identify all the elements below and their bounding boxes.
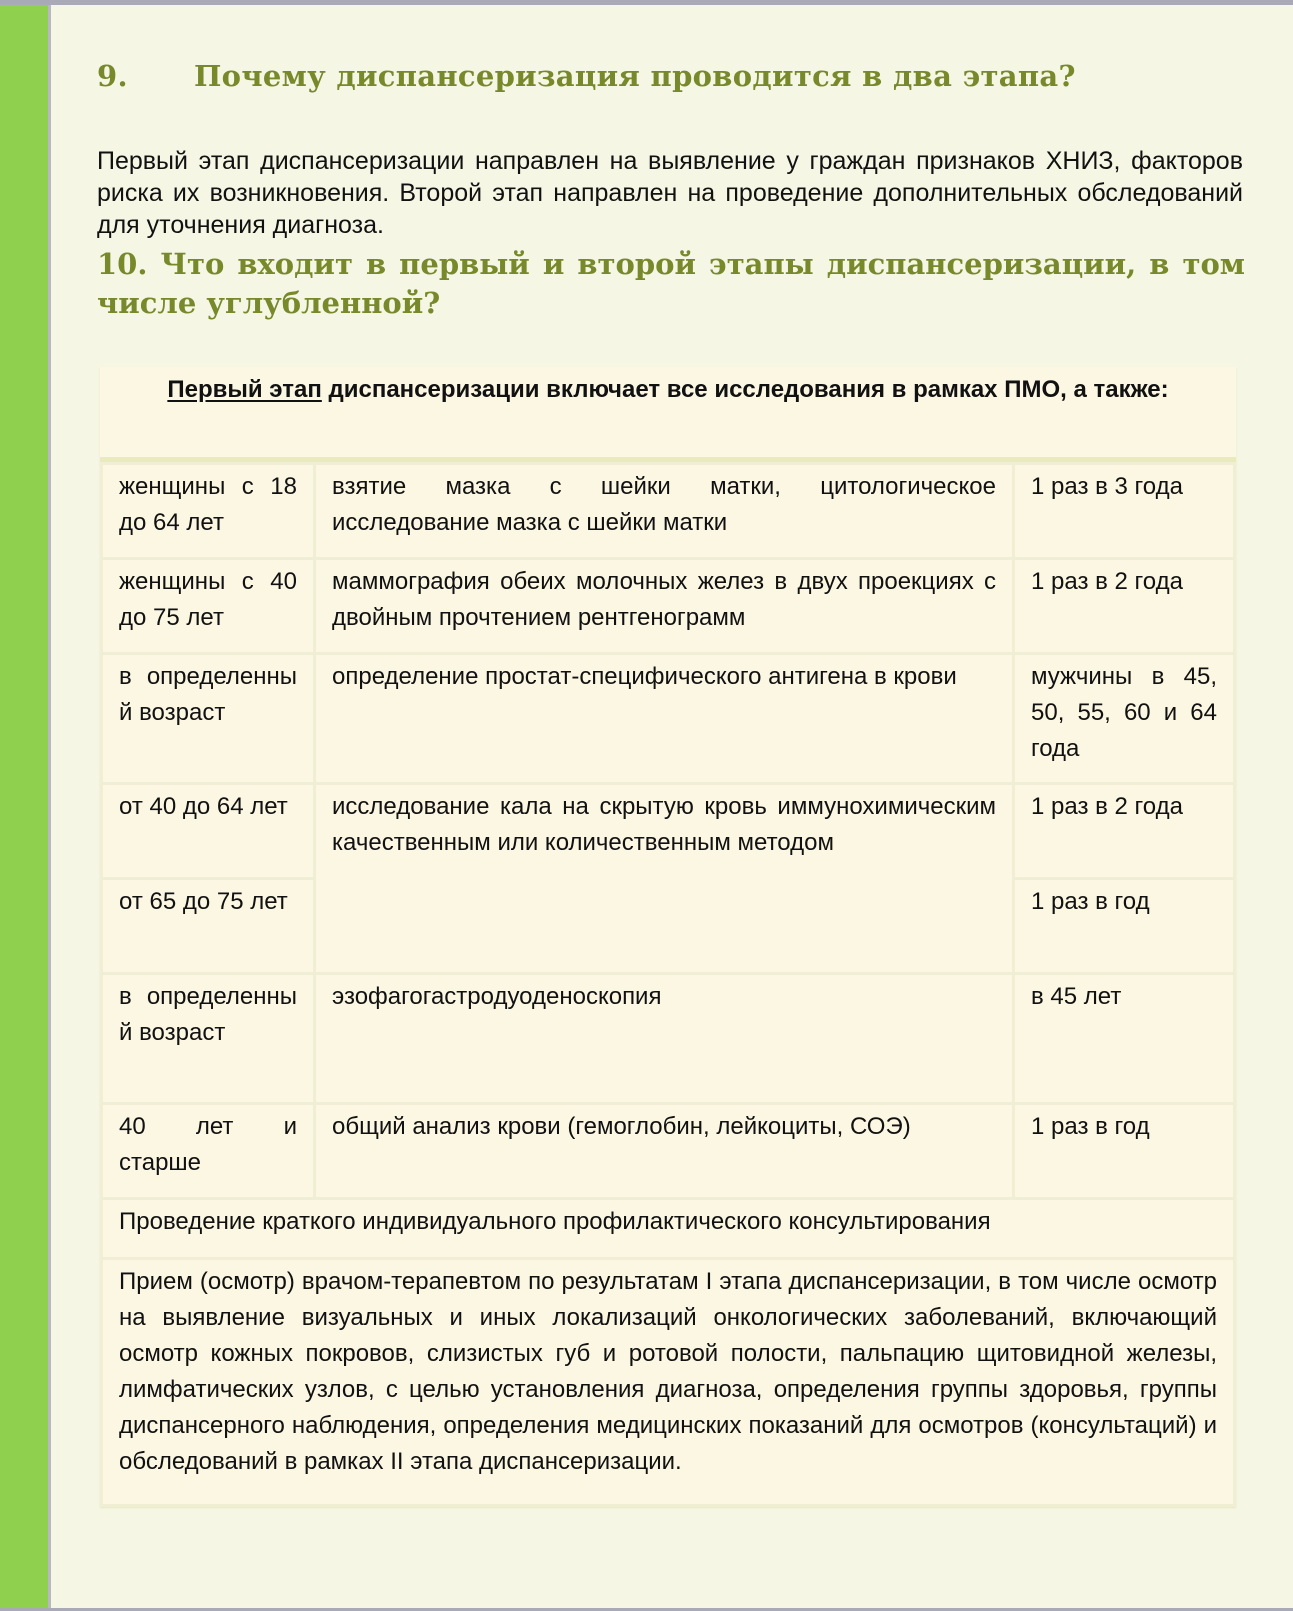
cell-what: взятие мазка с шейки матки, цитологическ… [315, 464, 1014, 559]
table-row: в определенный возраст эзофагогастродуод… [102, 974, 1235, 1104]
table-row: женщины с 40 до 75 лет маммография обеих… [102, 559, 1235, 654]
table-row-exam: Прием (осмотр) врачом-терапевтом по резу… [102, 1259, 1235, 1506]
cell-when: мужчины в 45, 50, 55, 60 и 64 года [1014, 654, 1235, 784]
section-9-number: 9. [97, 59, 194, 93]
cell-who: в определенный возраст [102, 974, 315, 1104]
section-9-title: Почему диспансеризация проводится в два … [194, 59, 1076, 93]
cell-what: исследование кала на скрытую кровь иммун… [315, 784, 1014, 974]
cell-counseling: Проведение краткого индивидуального проф… [102, 1199, 1235, 1259]
table-header-text: диспансеризации включает все исследовани… [322, 376, 1169, 403]
section-9-heading: 9.Почему диспансеризация проводится в дв… [97, 59, 1076, 93]
cell-when: 1 раз в год [1014, 1104, 1235, 1199]
table-row-counseling: Проведение краткого индивидуального проф… [102, 1199, 1235, 1259]
side-accent-bar [0, 5, 51, 1608]
cell-who: женщины с 18 до 64 лет [102, 464, 315, 559]
examinations-table: женщины с 18 до 64 лет взятие мазка с ше… [100, 462, 1236, 1507]
cell-who: от 65 до 75 лет [102, 879, 315, 974]
table-row: в определенный возраст определение прост… [102, 654, 1235, 784]
cell-what: общий анализ крови (гемоглобин, лейкоцит… [315, 1104, 1014, 1199]
table-header-underlined: Первый этап [167, 376, 321, 403]
cell-who: женщины с 40 до 75 лет [102, 559, 315, 654]
cell-who: в определенный возраст [102, 654, 315, 784]
document-page: 9.Почему диспансеризация проводится в дв… [0, 5, 1293, 1608]
cell-who: от 40 до 64 лет [102, 784, 315, 879]
cell-when: 1 раз в год [1014, 879, 1235, 974]
cell-exam: Прием (осмотр) врачом-терапевтом по резу… [102, 1259, 1235, 1506]
cell-who: 40 лет и старше [102, 1104, 315, 1199]
cell-when: 1 раз в 3 года [1014, 464, 1235, 559]
cell-what: определение простат-специфического антиг… [315, 654, 1014, 784]
cell-when: 1 раз в 2 года [1014, 784, 1235, 879]
cell-when: 1 раз в 2 года [1014, 559, 1235, 654]
section-10-heading: 10. Что входит в первый и второй этапы д… [97, 245, 1245, 323]
cell-what: эзофагогастродуоденоскопия [315, 974, 1014, 1104]
first-stage-table: Первый этап диспансеризации включает все… [100, 367, 1236, 1507]
table-row: 40 лет и старше общий анализ крови (гемо… [102, 1104, 1235, 1199]
cell-what: маммография обеих молочных желез в двух … [315, 559, 1014, 654]
table-header: Первый этап диспансеризации включает все… [100, 367, 1236, 462]
section-9-paragraph: Первый этап диспансеризации направлен на… [97, 145, 1243, 241]
table-row: женщины с 18 до 64 лет взятие мазка с ше… [102, 464, 1235, 559]
cell-when: в 45 лет [1014, 974, 1235, 1104]
table-row: от 40 до 64 лет исследование кала на скр… [102, 784, 1235, 879]
